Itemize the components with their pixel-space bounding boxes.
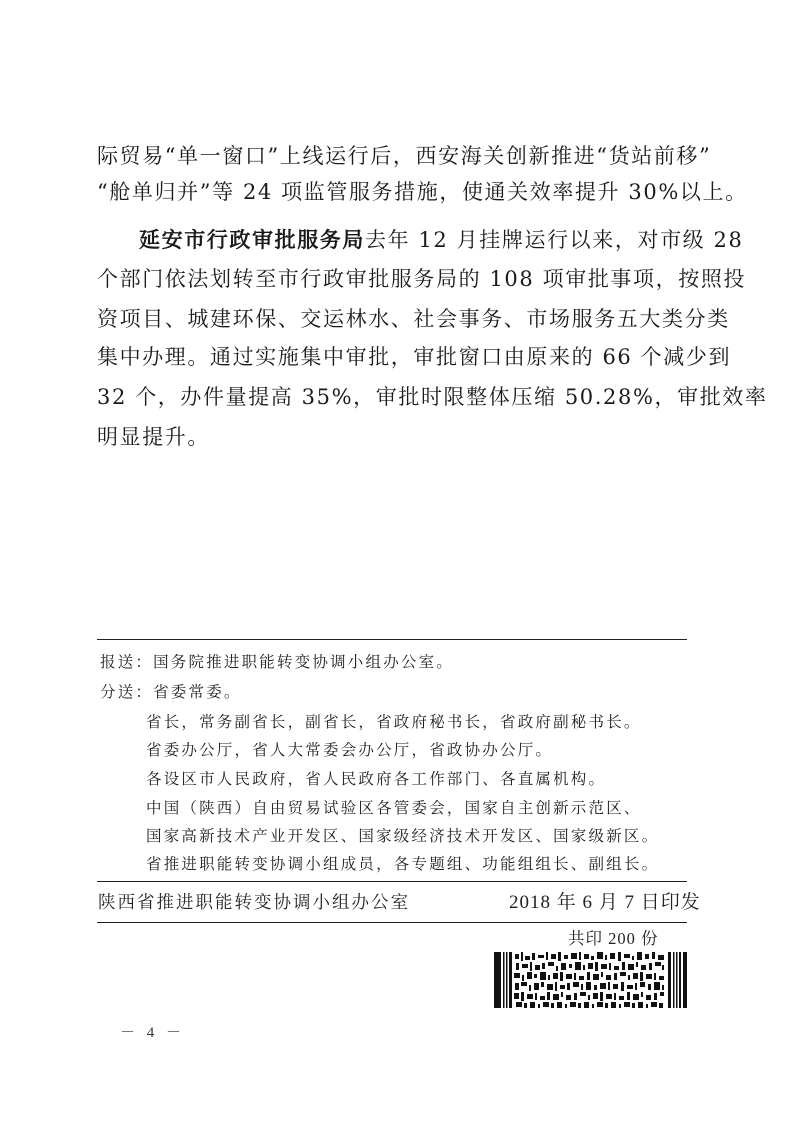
report-to-label: 报送： xyxy=(100,653,153,671)
copy-to-line-2: 省委办公厅，省人大常委会办公厅，省政协办公厅。 xyxy=(146,742,553,758)
document-page: 际贸易“单一窗口”上线运行后，西安海关创新推进“货站前移” “舱单归并”等 24… xyxy=(0,0,793,1122)
copy-to-value-0: 省委常委。 xyxy=(153,683,242,701)
copy-to-line-1: 省长，常务副省长，副省长，省政府秘书长，省政府副秘书长。 xyxy=(146,714,642,730)
paragraph-2-line-4: 集中办理。通过实施集中审批，审批窗口由原来的 66 个减少到 xyxy=(97,347,695,368)
copy-to-line: 分送：省委常委。 xyxy=(100,684,242,700)
issue-date: 2018 年 6 月 7 日印发 xyxy=(509,894,701,912)
pdf417-barcode-icon xyxy=(494,952,687,1008)
report-to-line: 报送：国务院推进职能转变协调小组办公室。 xyxy=(100,654,454,670)
paragraph-2-line-1-rest: 去年 12 月挂牌运行以来，对市级 28 xyxy=(365,228,743,252)
copy-to-line-5: 国家高新技术产业开发区、国家级经济技术开发区、国家级新区。 xyxy=(146,828,659,844)
copy-to-label: 分送： xyxy=(100,683,153,701)
paragraph-1-line-1: 际贸易“单一窗口”上线运行后，西安海关创新推进“货站前移” xyxy=(97,146,695,167)
paragraph-2-line-6: 明显提升。 xyxy=(97,427,695,448)
distribution-top-rule xyxy=(97,639,687,640)
page-number: － 4 － xyxy=(120,1021,185,1042)
footer-top-rule xyxy=(97,881,687,882)
paragraph-2-line-1: 延安市行政审批服务局去年 12 月挂牌运行以来，对市级 28 xyxy=(139,229,737,251)
copy-to-line-4: 中国（陕西）自由贸易试验区各管委会，国家自主创新示范区、 xyxy=(146,800,642,816)
paragraph-1-line-2: “舱单归并”等 24 项监管服务措施，使通关效率提升 30%以上。 xyxy=(97,182,695,203)
paragraph-2-line-3: 资项目、城建环保、交运林水、社会事务、市场服务五大类分类 xyxy=(97,309,695,330)
issuer-name: 陕西省推进职能转变协调小组办公室 xyxy=(98,894,410,912)
copy-to-line-3: 各设区市人民政府，省人民政府各工作部门、各直属机构。 xyxy=(146,771,606,787)
copies-count: 共印 200 份 xyxy=(568,930,659,948)
footer-bottom-rule xyxy=(97,922,687,923)
copy-to-line-6: 省推进职能转变协调小组成员，各专题组、功能组组长、副组长。 xyxy=(146,856,659,872)
paragraph-2-line-5: 32 个，办件量提高 35%，审批时限整体压缩 50.28%，审批效率 xyxy=(97,387,695,408)
paragraph-2-line-2: 个部门依法划转至市行政审批服务局的 108 项审批事项，按照投 xyxy=(97,269,695,290)
agency-name-bold: 延安市行政审批服务局 xyxy=(139,227,365,252)
report-to-value: 国务院推进职能转变协调小组办公室。 xyxy=(153,653,454,671)
